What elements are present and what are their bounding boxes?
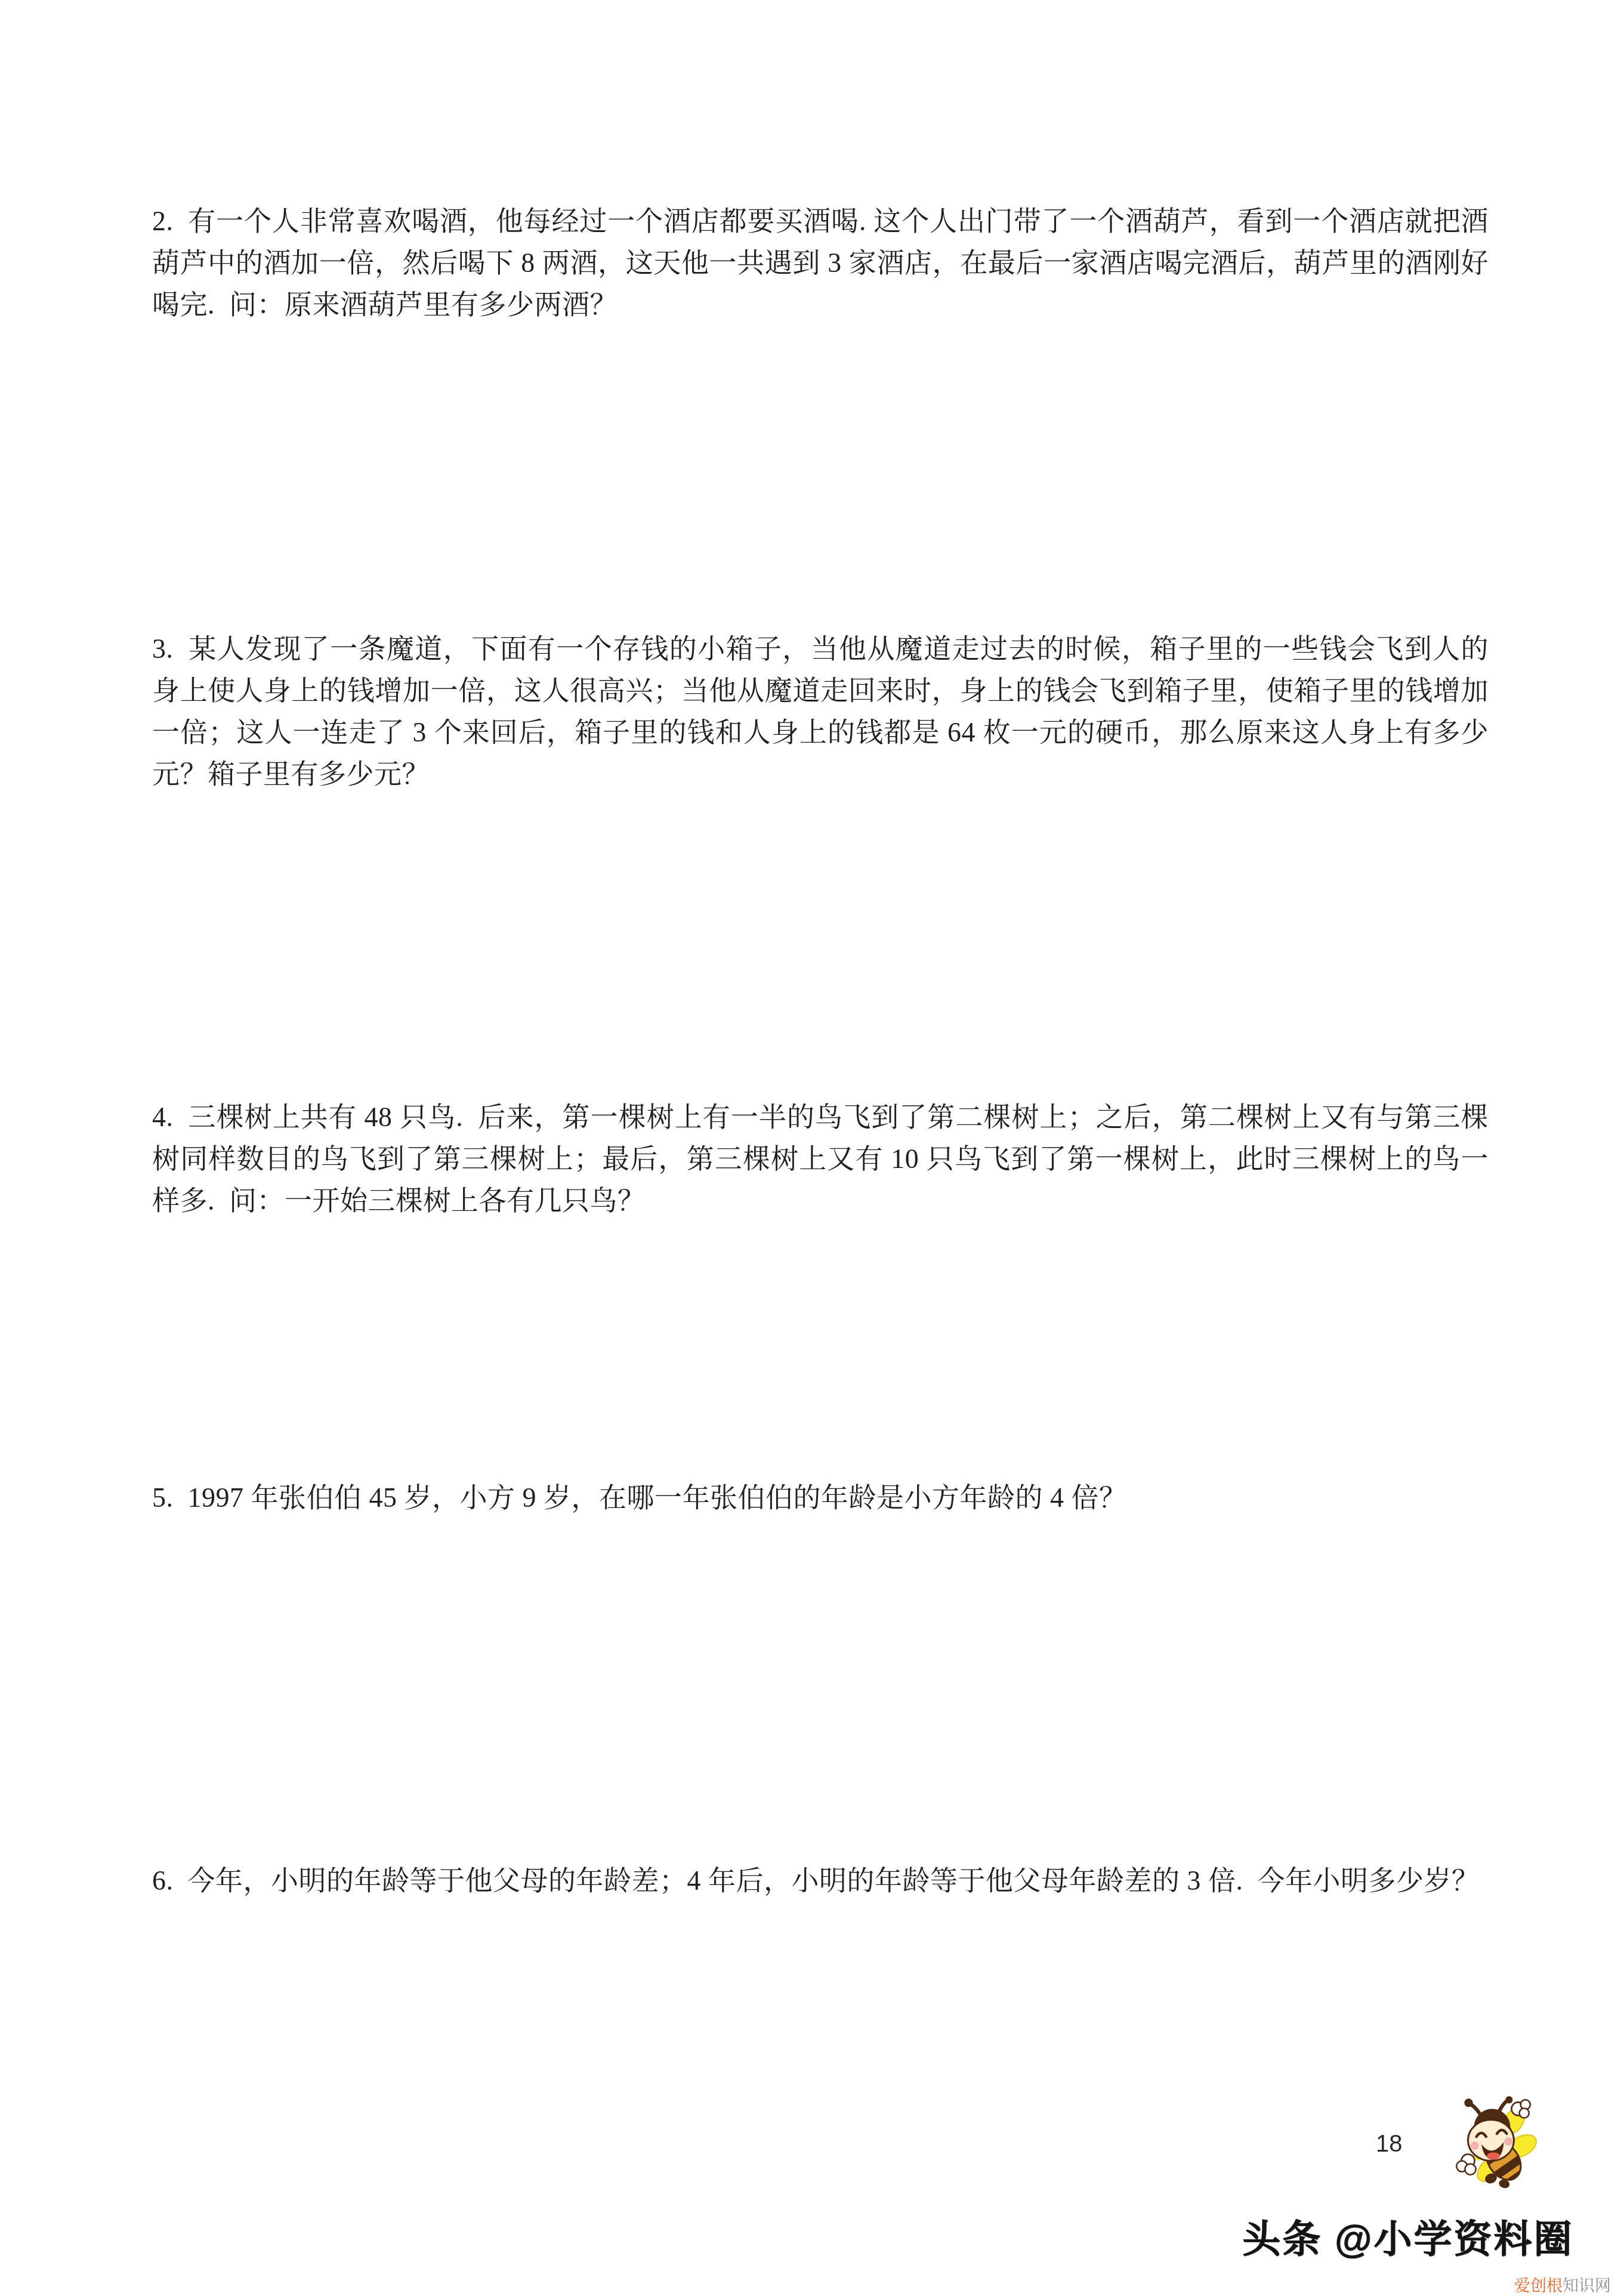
bee-tongue: [1487, 2152, 1500, 2159]
problem-5-text: 5. 1997 年张伯伯 45 岁，小方 9 岁，在哪一年张伯伯的年龄是小方年龄…: [152, 1477, 1489, 1519]
problem-3-text: 3. 某人发现了一条魔道，下面有一个存钱的小箱子，当他从魔道走过去的时候，箱子里…: [152, 628, 1489, 795]
bee-cheek-left: [1471, 2142, 1479, 2150]
worksheet-page: 2. 有一个人非常喜欢喝酒，他每经过一个酒店都要买酒喝. 这个人出门带了一个酒葫…: [0, 0, 1624, 2296]
bee-head: [1468, 2109, 1514, 2161]
site-credit: 爱创根知识网: [1514, 2273, 1611, 2296]
site-credit-rest: 知识网: [1563, 2277, 1611, 2295]
page-number: 18: [1376, 2131, 1403, 2158]
problem-4-text: 4. 三棵树上共有 48 只鸟. 后来，第一棵树上有一半的鸟飞到了第二棵树上；之…: [152, 1096, 1489, 1222]
problem-2-text: 2. 有一个人非常喜欢喝酒，他每经过一个酒店都要买酒喝. 这个人出门带了一个酒葫…: [152, 200, 1489, 326]
watermark-text: 头条 @小学资料圈: [1242, 2208, 1576, 2263]
site-credit-highlight: 爱创根: [1514, 2277, 1563, 2295]
bee-cheek-right: [1504, 2137, 1512, 2146]
problem-6-text: 6. 今年，小明的年龄等于他父母的年龄差；4 年后，小明的年龄等于他父母年龄差的…: [152, 1860, 1489, 1902]
bee-mascot-icon: [1446, 2093, 1537, 2190]
